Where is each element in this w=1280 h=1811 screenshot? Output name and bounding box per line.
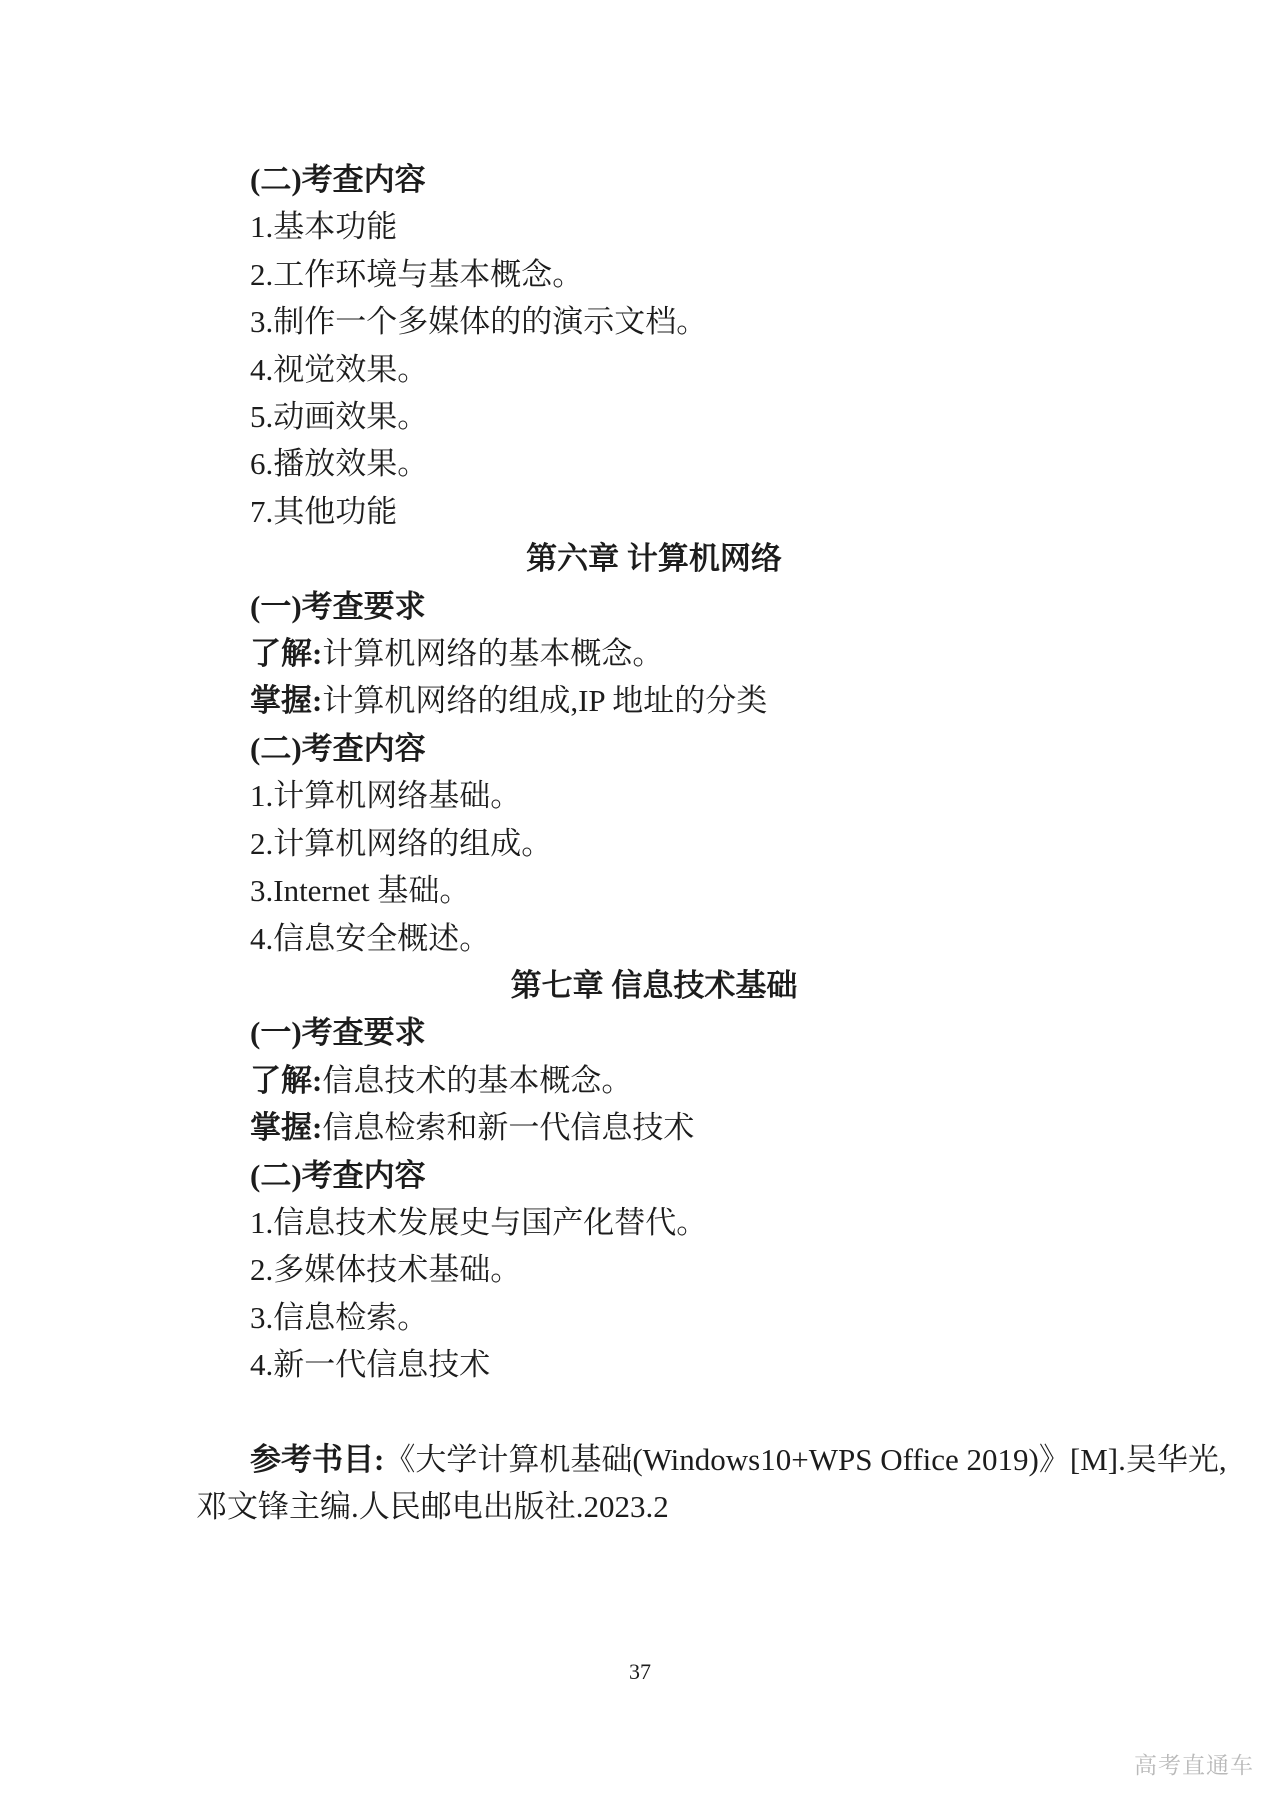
line-text: (二)考查内容 xyxy=(250,731,426,766)
line-text: 3.信息检索。 xyxy=(250,1300,428,1335)
line-text: 第六章 计算机网络 xyxy=(526,541,782,576)
line-text: 计算机网络的基本概念。 xyxy=(322,636,663,671)
requirement-line: 掌握:信息检索和新一代信息技术 xyxy=(196,1104,1112,1151)
list-item: 1.基本功能 xyxy=(196,203,1112,250)
line-text: 3.Internet 基础。 xyxy=(250,873,470,908)
list-item: 2.计算机网络的组成。 xyxy=(196,820,1112,867)
requirement-line: 了解:信息技术的基本概念。 xyxy=(196,1057,1112,1104)
list-item: 5.动画效果。 xyxy=(196,393,1112,440)
line-label: 掌握: xyxy=(250,1110,322,1145)
line-text: 1.计算机网络基础。 xyxy=(250,778,521,813)
line-text: (二)考查内容 xyxy=(250,1158,426,1193)
line-text: 6.播放效果。 xyxy=(250,446,428,481)
line-text: 4.新一代信息技术 xyxy=(250,1347,490,1382)
chapter-heading: 第七章 信息技术基础 xyxy=(196,962,1112,1009)
list-item: 4.新一代信息技术 xyxy=(196,1341,1112,1388)
list-item: 2.工作环境与基本概念。 xyxy=(196,251,1112,298)
watermark-logo: 高考直通车 xyxy=(1134,1752,1254,1780)
line-text: (二)考查内容 xyxy=(250,162,426,197)
section-heading: (一)考查要求 xyxy=(196,583,1112,630)
line-text: (一)考查要求 xyxy=(250,1015,426,1050)
line-label: 掌握: xyxy=(250,683,322,718)
section-heading: (二)考查内容 xyxy=(196,1152,1112,1199)
section-heading: (一)考查要求 xyxy=(196,1009,1112,1056)
line-text: (一)考查要求 xyxy=(250,589,426,624)
line-text: 2.计算机网络的组成。 xyxy=(250,826,552,861)
line-text: 7.其他功能 xyxy=(250,494,397,529)
list-item: 1.计算机网络基础。 xyxy=(196,772,1112,819)
line-text: 1.信息技术发展史与国产化替代。 xyxy=(250,1205,707,1240)
list-item: 3.Internet 基础。 xyxy=(196,867,1112,914)
page-number: 37 xyxy=(0,1659,1280,1685)
list-item: 1.信息技术发展史与国产化替代。 xyxy=(196,1199,1112,1246)
requirement-line: 了解:计算机网络的基本概念。 xyxy=(196,630,1112,677)
list-item: 3.制作一个多媒体的的演示文档。 xyxy=(196,298,1112,345)
section-heading: (二)考查内容 xyxy=(196,725,1112,772)
reference-line: 邓文锋主编.人民邮电出版社.2023.2 xyxy=(196,1483,1112,1530)
line-label: 参考书目: xyxy=(250,1442,384,1477)
requirement-line: 掌握:计算机网络的组成,IP 地址的分类 xyxy=(196,677,1112,724)
line-text: 4.视觉效果。 xyxy=(250,352,428,387)
line-text: 4.信息安全概述。 xyxy=(250,921,490,956)
line-text: 计算机网络的组成,IP 地址的分类 xyxy=(322,683,767,718)
line-label: 了解: xyxy=(250,636,322,671)
list-item: 6.播放效果。 xyxy=(196,440,1112,487)
reference-line: 参考书目:《大学计算机基础(Windows10+WPS Office 2019)… xyxy=(196,1436,1112,1483)
line-text: 信息检索和新一代信息技术 xyxy=(322,1110,694,1145)
line-text: 2.工作环境与基本概念。 xyxy=(250,257,583,292)
blank-line xyxy=(196,1389,1112,1436)
line-text: 2.多媒体技术基础。 xyxy=(250,1252,521,1287)
list-item: 2.多媒体技术基础。 xyxy=(196,1246,1112,1293)
list-item: 4.信息安全概述。 xyxy=(196,915,1112,962)
line-text: 5.动画效果。 xyxy=(250,399,428,434)
chapter-heading: 第六章 计算机网络 xyxy=(196,535,1112,582)
section-heading: (二)考查内容 xyxy=(196,156,1112,203)
line-text: 3.制作一个多媒体的的演示文档。 xyxy=(250,304,707,339)
document-body: (二)考查内容1.基本功能2.工作环境与基本概念。3.制作一个多媒体的的演示文档… xyxy=(196,156,1112,1531)
list-item: 3.信息检索。 xyxy=(196,1294,1112,1341)
list-item: 4.视觉效果。 xyxy=(196,346,1112,393)
line-text: 第七章 信息技术基础 xyxy=(511,968,798,1003)
line-text: 信息技术的基本概念。 xyxy=(322,1063,632,1098)
line-text: 1.基本功能 xyxy=(250,209,397,244)
line-text: 邓文锋主编.人民邮电出版社.2023.2 xyxy=(196,1489,669,1524)
line-label: 了解: xyxy=(250,1063,322,1098)
line-text: 《大学计算机基础(Windows10+WPS Office 2019)》[M].… xyxy=(384,1442,1226,1477)
document-page: (二)考查内容1.基本功能2.工作环境与基本概念。3.制作一个多媒体的的演示文档… xyxy=(0,0,1280,1811)
list-item: 7.其他功能 xyxy=(196,488,1112,535)
